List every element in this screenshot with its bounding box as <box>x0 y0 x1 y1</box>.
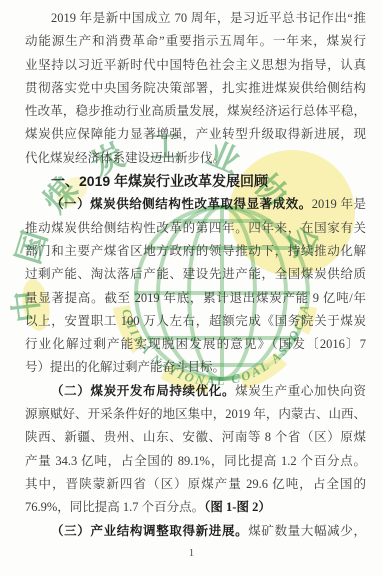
text-line: 煤炭供应保障能力显著增强，产业转型升级取得新进展，现 <box>25 123 366 146</box>
text-segment: 性改革，稳步推动行业高质量发展，煤炭经济运行总体平稳， <box>25 104 366 118</box>
text-segment: 源禀赋好、开采条件好的地区集中，2019 年，内蒙古、山西、 <box>25 407 366 421</box>
text-line: 其中，晋陕蒙新四省（区）原煤产量 29.6 亿吨，占全国的 <box>25 473 366 496</box>
text-segment: 煤矿数量大幅减少， <box>248 524 366 538</box>
text-segment: 业坚持以习近平新时代中国特色社会主义思想为指导，认真 <box>25 58 366 72</box>
text-segment: 煤炭供应保障能力显著增强，产业转型升级取得新进展，现 <box>25 127 366 141</box>
text-line: 行业化解过剩产能实现脱困发展的意见》（国发〔2016〕7 <box>25 333 366 356</box>
text-segment: 煤炭生产重心加快向资 <box>235 384 366 398</box>
text-segment: 推动煤炭供给侧结构性改革的第四年。四年来，在国家有关 <box>25 221 366 235</box>
text-line: 性改革，稳步推动行业高质量发展，煤炭经济运行总体平稳， <box>25 100 366 123</box>
text-line: （一）煤炭供给侧结构性改革取得显著成效。2019 年是 <box>25 193 366 216</box>
text-line: 推动煤炭供给侧结构性改革的第四年。四年来，在国家有关 <box>25 217 366 240</box>
section-heading: 一、2019 年煤炭行业改革发展回顾 <box>25 170 366 193</box>
text-line: 以上，安置职工 100 万人左右，超额完成《国务院关于煤炭 <box>25 310 366 333</box>
text-segment: 代化煤炭经济体系建设迈出新步伐。 <box>25 151 225 165</box>
bold-text-segment: （图 1-图 2） <box>204 500 271 514</box>
text-segment: 部门和主要产煤省区地方政府的领导推动下，持续推动化解 <box>25 244 366 258</box>
bold-text-segment: （二）煤炭开发布局持续优化。 <box>51 384 235 398</box>
text-line: 量显著提高。截至 2019 年底，累计退出煤炭产能 9 亿吨/年 <box>25 287 366 310</box>
text-line: 源禀赋好、开采条件好的地区集中，2019 年，内蒙古、山西、 <box>25 403 366 426</box>
text-segment: 76.9%，同比提高 1.7 个百分点。 <box>25 500 204 514</box>
document-page: CHINA NATIONAL COAL ASSOCIATION 中国煤炭工业协会… <box>0 0 383 576</box>
document-text: 2019 年是新中国成立 70 周年，是习近平总书记作出“推动能源生产和消费革命… <box>25 7 366 543</box>
text-segment: 产量 34.3 亿吨，占全国的 89.1%，同比提高 1.2 个百分点。 <box>25 454 366 468</box>
text-segment: 其中，晋陕蒙新四省（区）原煤产量 29.6 亿吨，占全国的 <box>25 477 366 491</box>
text-line: 产量 34.3 亿吨，占全国的 89.1%，同比提高 1.2 个百分点。 <box>25 450 366 473</box>
text-line: 贯彻落实党中央国务院决策部署，扎实推进煤炭供给侧结构 <box>25 77 366 100</box>
text-segment: 贯彻落实党中央国务院决策部署，扎实推进煤炭供给侧结构 <box>25 81 366 95</box>
text-line: （三）产业结构调整取得新进展。煤矿数量大幅减少， <box>25 520 366 543</box>
text-line: 部门和主要产煤省区地方政府的领导推动下，持续推动化解 <box>25 240 366 263</box>
text-segment: 量显著提高。截至 2019 年底，累计退出煤炭产能 9 亿吨/年 <box>25 291 366 305</box>
text-line: 陕西、新疆、贵州、山东、安徽、河南等 8 个省（区）原煤 <box>25 426 366 449</box>
text-line: 2019 年是新中国成立 70 周年，是习近平总书记作出“推 <box>25 7 366 30</box>
text-line: 号）提出的化解过剩产能奋斗目标。 <box>25 356 366 379</box>
text-line: 76.9%，同比提高 1.7 个百分点。（图 1-图 2） <box>25 496 366 519</box>
text-line: （二）煤炭开发布局持续优化。煤炭生产重心加快向资 <box>25 380 366 403</box>
text-segment: 以上，安置职工 100 万人左右，超额完成《国务院关于煤炭 <box>25 314 366 328</box>
page-number: 1 <box>0 548 383 559</box>
text-segment: 2019 年是 <box>312 197 366 211</box>
bold-text-segment: （三）产业结构调整取得新进展。 <box>51 524 248 538</box>
text-segment: 2019 年是新中国成立 70 周年，是习近平总书记作出“推 <box>51 11 366 25</box>
text-segment: 过剩产能、淘汰落后产能、建设先进产能，全国煤炭供给质 <box>25 267 366 281</box>
bold-text-segment: （一）煤炭供给侧结构性改革取得显著成效。 <box>51 197 312 211</box>
text-line: 业坚持以习近平新时代中国特色社会主义思想为指导，认真 <box>25 54 366 77</box>
text-line: 动能源生产和消费革命”重要指示五周年。一年来，煤炭行 <box>25 30 366 53</box>
text-segment: 陕西、新疆、贵州、山东、安徽、河南等 8 个省（区）原煤 <box>25 430 366 444</box>
text-line: 代化煤炭经济体系建设迈出新步伐。 <box>25 147 366 170</box>
text-segment: 动能源生产和消费革命”重要指示五周年。一年来，煤炭行 <box>25 34 366 48</box>
text-segment: 行业化解过剩产能实现脱困发展的意见》（国发〔2016〕7 <box>25 337 366 351</box>
bold-text-segment: 一、2019 年煤炭行业改革发展回顾 <box>51 173 268 189</box>
text-segment: 号）提出的化解过剩产能奋斗目标。 <box>25 360 225 374</box>
text-line: 过剩产能、淘汰落后产能、建设先进产能，全国煤炭供给质 <box>25 263 366 286</box>
